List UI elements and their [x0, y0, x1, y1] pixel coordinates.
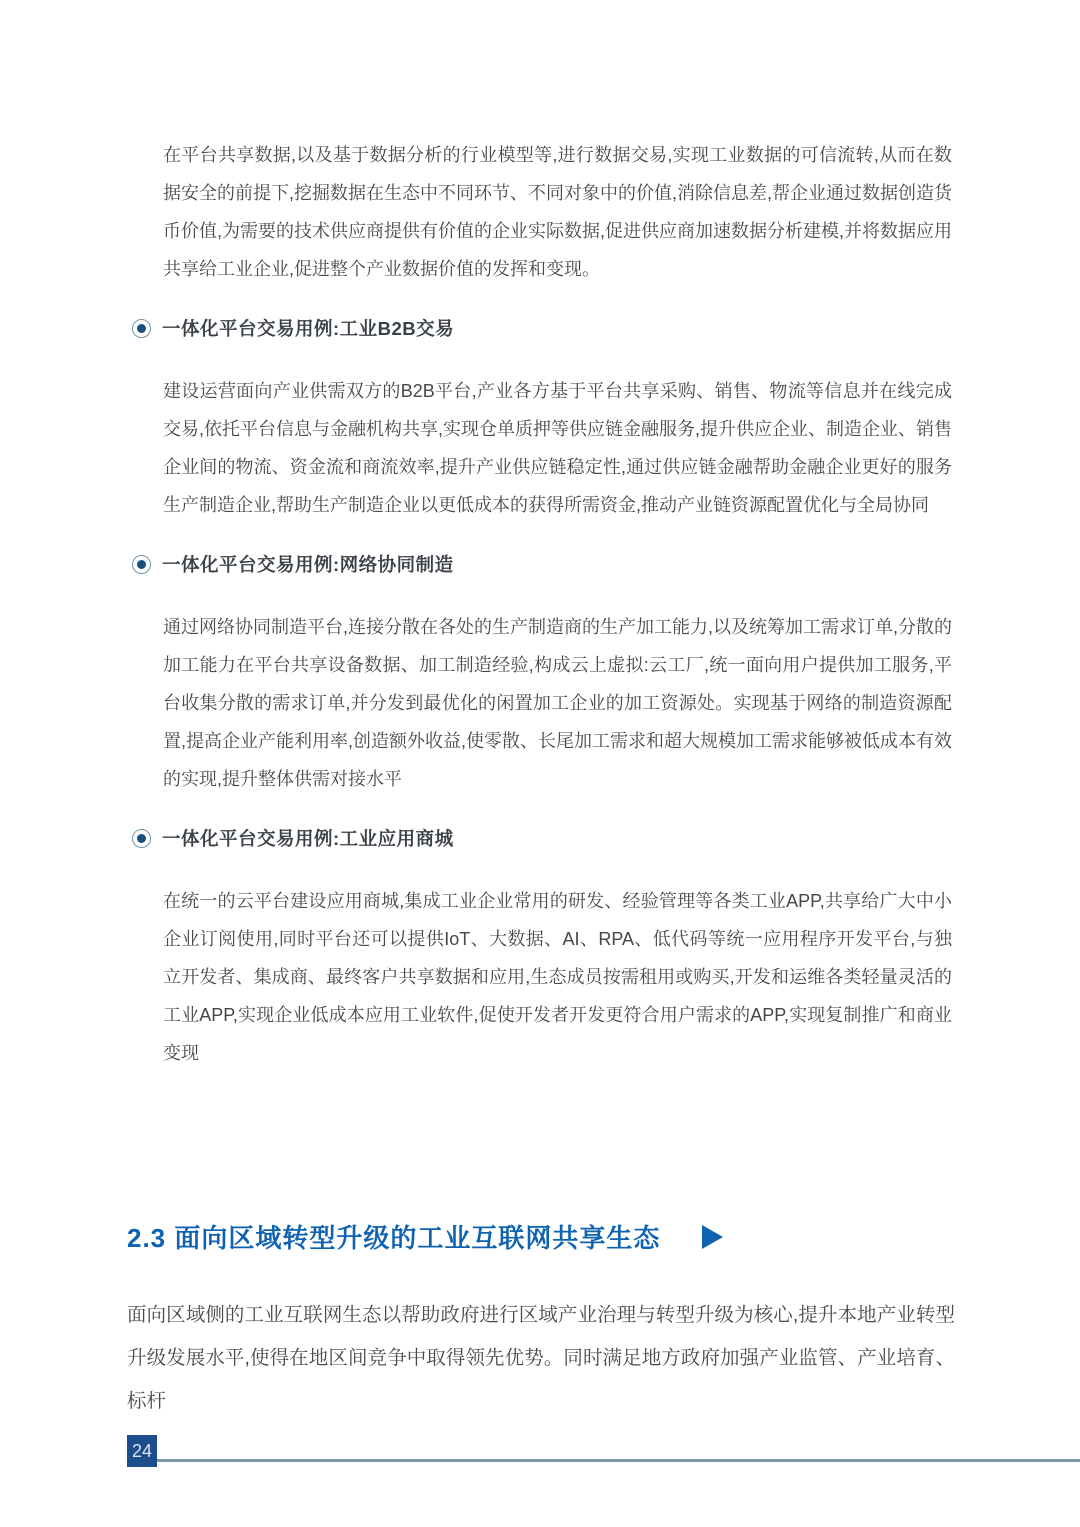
use-case-section-collaborative-manufacturing: 一体化平台交易用例:网络协同制造 通过网络协同制造平台,连接分散在各处的生产制造…	[127, 550, 952, 798]
page-number-badge: 24	[127, 1435, 157, 1467]
use-case-heading: 一体化平台交易用例:工业B2B交易	[162, 315, 454, 341]
use-case-body: 建设运营面向产业供需双方的B2B平台,产业各方基于平台共享采购、销售、物流等信息…	[163, 372, 952, 524]
use-case-body: 通过网络协同制造平台,连接分散在各处的生产制造商的生产加工能力,以及统筹加工需求…	[163, 608, 952, 798]
arrow-right-icon	[702, 1225, 723, 1249]
footer-rule	[157, 1459, 1080, 1462]
document-page: 在平台共享数据,以及基于数据分析的行业模型等,进行数据交易,实现工业数据的可信流…	[0, 0, 1080, 1527]
section-title: 2.3 面向区域转型升级的工业互联网共享生态	[127, 1218, 660, 1255]
intro-paragraph: 在平台共享数据,以及基于数据分析的行业模型等,进行数据交易,实现工业数据的可信流…	[163, 136, 952, 288]
use-case-section-app-store: 一体化平台交易用例:工业应用商城 在统一的云平台建设应用商城,集成工业企业常用的…	[127, 824, 952, 1072]
bullet-circle-icon	[132, 555, 151, 574]
use-case-heading-row: 一体化平台交易用例:工业B2B交易	[132, 314, 952, 342]
use-case-heading-row: 一体化平台交易用例:网络协同制造	[132, 550, 952, 578]
bullet-circle-icon	[132, 319, 151, 338]
use-case-section-b2b: 一体化平台交易用例:工业B2B交易 建设运营面向产业供需双方的B2B平台,产业各…	[127, 314, 952, 524]
bullet-dot	[137, 834, 146, 843]
page-content: 在平台共享数据,以及基于数据分析的行业模型等,进行数据交易,实现工业数据的可信流…	[127, 136, 952, 1072]
use-case-heading: 一体化平台交易用例:工业应用商城	[162, 825, 454, 851]
bullet-dot	[137, 560, 146, 569]
use-case-heading-row: 一体化平台交易用例:工业应用商城	[132, 824, 952, 852]
section-paragraph: 面向区域侧的工业互联网生态以帮助政府进行区域产业治理与转型升级为核心,提升本地产…	[127, 1294, 955, 1423]
section-heading: 2.3 面向区域转型升级的工业互联网共享生态	[127, 1218, 723, 1255]
use-case-heading: 一体化平台交易用例:网络协同制造	[162, 551, 454, 577]
bullet-circle-icon	[132, 829, 151, 848]
use-case-body: 在统一的云平台建设应用商城,集成工业企业常用的研发、经验管理等各类工业APP,共…	[163, 882, 952, 1072]
page-footer: 24	[127, 1435, 1080, 1467]
bullet-dot	[137, 324, 146, 333]
